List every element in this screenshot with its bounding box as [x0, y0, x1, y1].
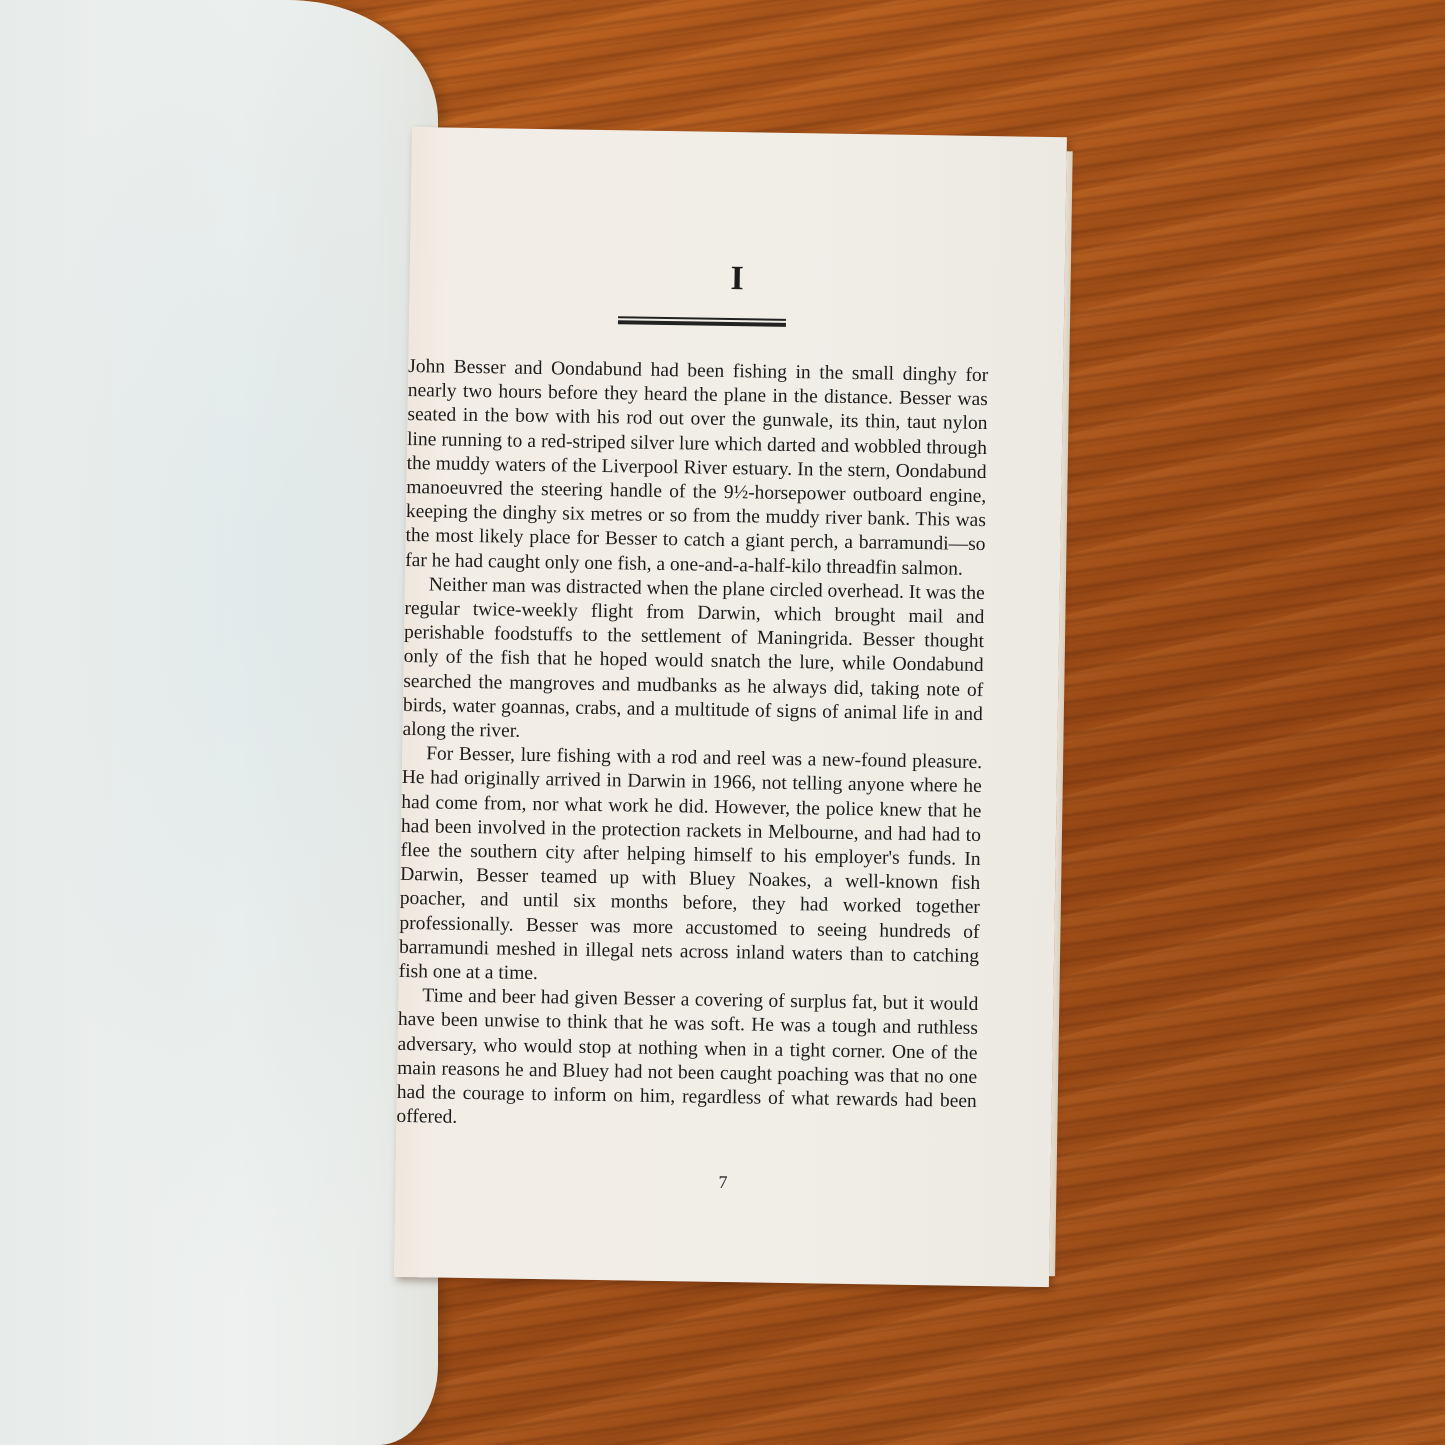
paragraph: Neither man was distracted when the plan…	[402, 573, 985, 752]
left-page	[0, 0, 438, 1445]
left-page-show-through	[70, 360, 420, 1060]
chapter-number: I	[409, 255, 1065, 303]
paragraph: For Besser, lure fishing with a rod and …	[399, 742, 983, 993]
chapter-double-rule	[618, 316, 786, 327]
paragraph: John Besser and Oondabund had been fishi…	[405, 355, 988, 582]
page-number: 7	[395, 1167, 1050, 1198]
paragraph: Time and beer had given Besser a coverin…	[396, 984, 978, 1138]
chapter-body-text: John Besser and Oondabund had been fishi…	[396, 355, 988, 1139]
right-page: I John Besser and Oondabund had been fis…	[394, 127, 1067, 1287]
